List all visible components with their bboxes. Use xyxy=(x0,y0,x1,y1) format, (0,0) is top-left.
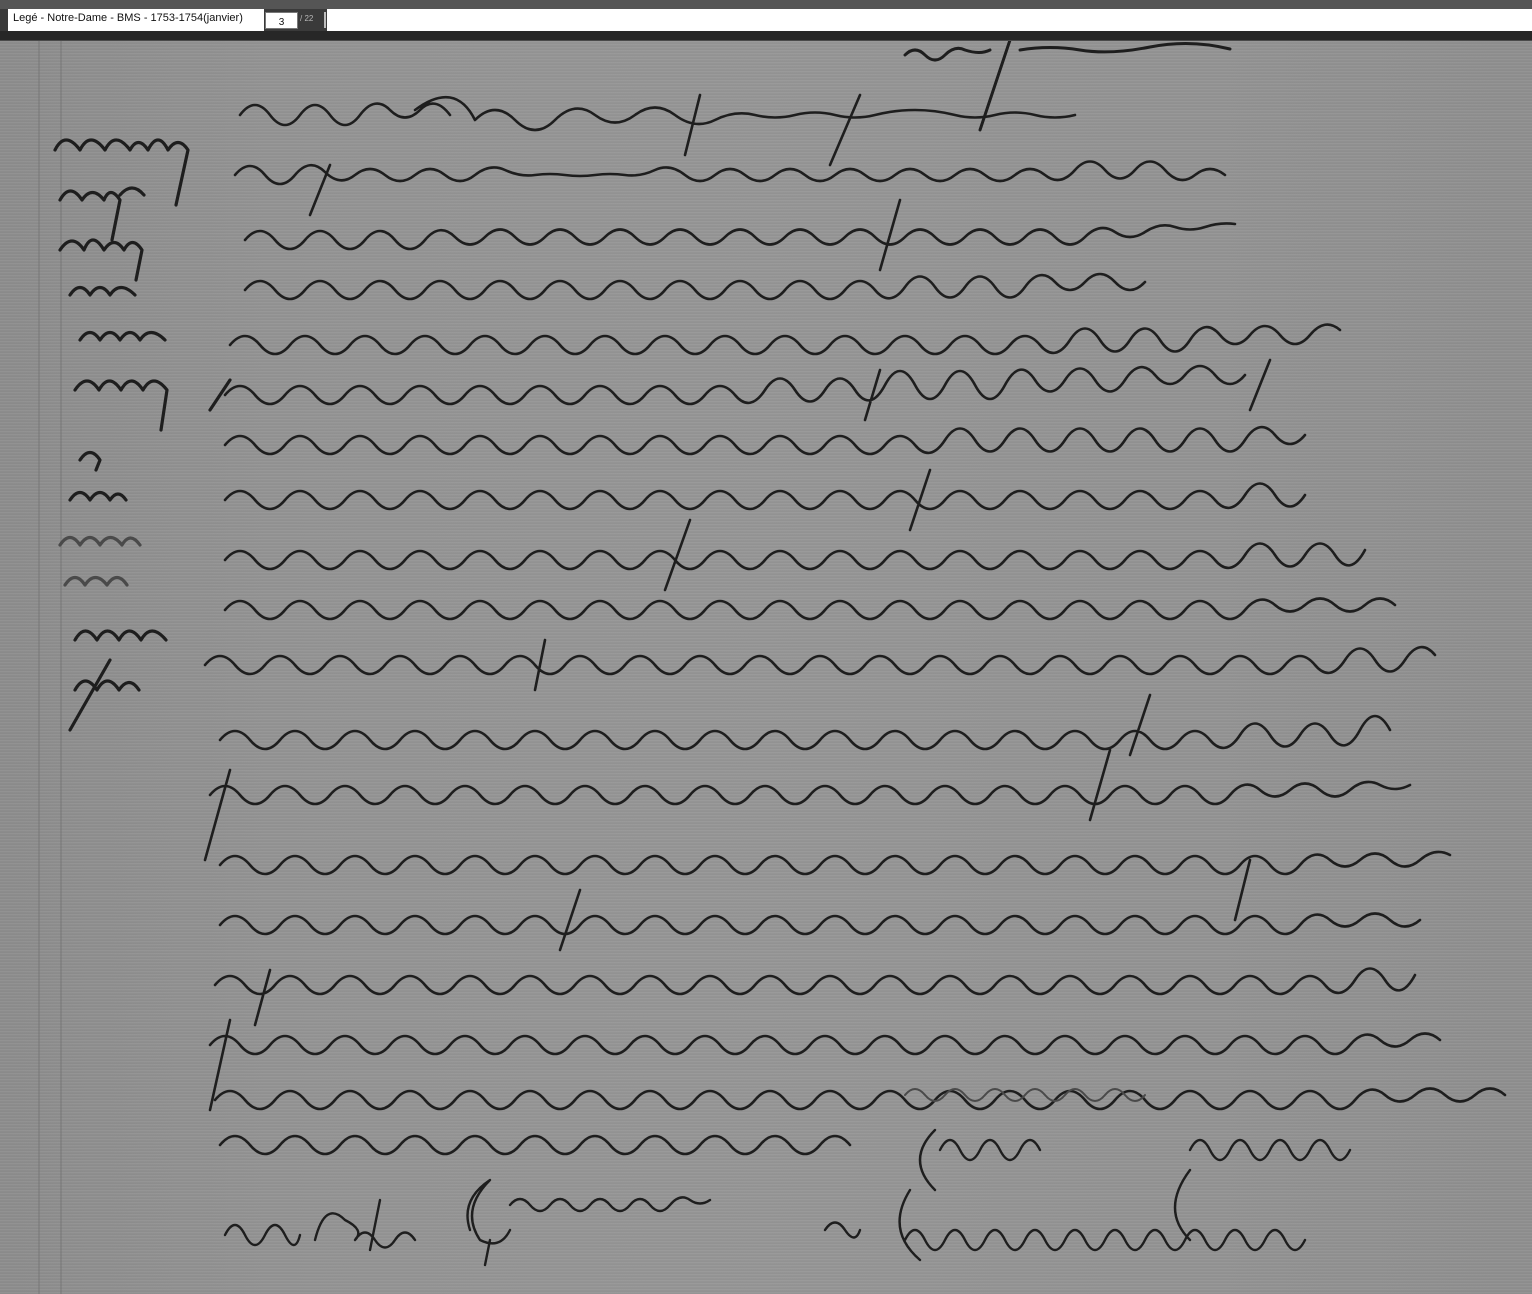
page-total-count: / 22 xyxy=(300,14,313,23)
image-viewer: Legé - Notre-Dame - BMS - 1753-1754(janv… xyxy=(0,0,1532,1294)
page-number-input[interactable]: 3 xyxy=(265,12,298,29)
toolbar-bottom-strip xyxy=(0,31,1532,41)
handwriting-strokes xyxy=(0,41,1532,1294)
toolbar-search-field[interactable] xyxy=(327,9,1532,31)
toolbar-top-strip xyxy=(0,0,1532,9)
document-title: Legé - Notre-Dame - BMS - 1753-1754(janv… xyxy=(8,9,264,31)
toolbar-divider xyxy=(324,12,326,28)
scanned-document-image[interactable]: acte pour la xyxy=(0,41,1532,1294)
